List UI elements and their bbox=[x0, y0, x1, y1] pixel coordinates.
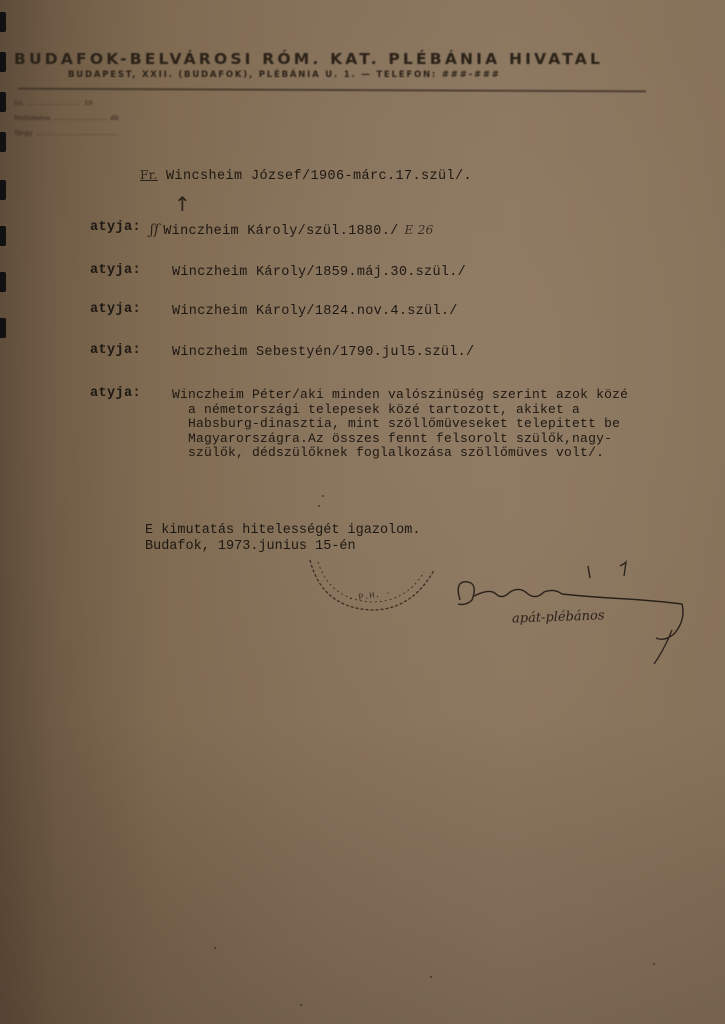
svg-text:· P.H. ·: · P.H. · bbox=[347, 588, 391, 604]
paragraph-line: Habsburg-dinasztia, mint szöllőmüveseket… bbox=[172, 417, 628, 432]
reference-label: Tárgy bbox=[14, 130, 33, 137]
paragraph-line: Winczheim Péter/aki minden valószinüség … bbox=[172, 388, 628, 403]
reference-field: Sz.19 bbox=[14, 100, 121, 115]
lineage-label: atyja: bbox=[90, 263, 141, 278]
lineage-text: Winczheim Sebestyén/1790.jul5.szül./ bbox=[172, 345, 474, 360]
handwritten-mark: ʃſ bbox=[150, 222, 159, 238]
letterhead-title: BUDAFOK-BELVÁROSI RÓM. KAT. PLÉBÁNIA HIV… bbox=[14, 50, 644, 68]
binder-hole bbox=[0, 226, 6, 246]
binder-hole bbox=[0, 92, 6, 112]
binder-holes bbox=[0, 0, 12, 1024]
lineage-label: atyja: bbox=[90, 302, 141, 317]
letterhead-rule bbox=[18, 88, 646, 93]
paragraph-line: szülők, dédszülőknek foglalkozása szöllő… bbox=[172, 446, 628, 461]
paragraph-line: a németországi telepesek közé tartozott,… bbox=[172, 403, 628, 418]
lineage-entry: ʃſWinczheim Károly/szül.1880./E 26 bbox=[150, 222, 434, 239]
reference-label: Mellékelve bbox=[14, 115, 50, 122]
ink-speck bbox=[300, 1004, 302, 1006]
subject-mark: Fr. bbox=[140, 168, 166, 182]
arrow-up-icon: ↑ bbox=[174, 192, 191, 216]
subject-text: Wincsheim József/1906-márc.17.szül/. bbox=[166, 169, 472, 184]
reference-suffix: 19 bbox=[84, 100, 92, 107]
reference-label: Sz. bbox=[14, 100, 24, 107]
ink-speck bbox=[318, 505, 320, 507]
lineage-text: Winczheim Károly/1824.nov.4.szül./ bbox=[172, 304, 458, 319]
ink-speck bbox=[653, 963, 655, 965]
ink-speck bbox=[214, 947, 216, 949]
document-page: BUDAFOK-BELVÁROSI RÓM. KAT. PLÉBÁNIA HIV… bbox=[0, 0, 725, 1024]
binder-hole bbox=[0, 52, 6, 72]
ancestor-paragraph: Winczheim Péter/aki minden valószinüség … bbox=[172, 388, 628, 461]
binder-hole bbox=[0, 272, 6, 292]
certification-statement: E kimutatás hitelességét igazolom. bbox=[145, 523, 420, 539]
ink-speck bbox=[430, 976, 432, 978]
reference-field: Mellékelvedb bbox=[14, 115, 121, 130]
letterhead: BUDAFOK-BELVÁROSI RÓM. KAT. PLÉBÁNIA HIV… bbox=[14, 50, 644, 80]
reference-fields: Sz.19 Mellékelvedb Tárgy bbox=[14, 100, 121, 145]
reference-suffix: db bbox=[110, 115, 119, 122]
subject-line: Fr.Wincsheim József/1906-márc.17.szül/. bbox=[140, 168, 472, 184]
lineage-label: atyja: bbox=[90, 386, 141, 401]
lineage-text: Winczheim Károly/1859.máj.30.szül./ bbox=[172, 265, 466, 280]
handwritten-note: E 26 bbox=[405, 223, 434, 237]
reference-field: Tárgy bbox=[14, 130, 121, 145]
letterhead-address: BUDAPEST, XXII. (BUDAFOK), PLÉBÁNIA U. 1… bbox=[68, 70, 644, 80]
binder-hole bbox=[0, 180, 6, 200]
parish-stamp-icon: · P.H. · bbox=[302, 548, 442, 618]
ink-speck bbox=[322, 495, 324, 497]
binder-hole bbox=[0, 12, 6, 32]
binder-hole bbox=[0, 132, 6, 152]
binder-hole bbox=[0, 318, 6, 338]
lineage-label: atyja: bbox=[90, 220, 141, 235]
lineage-text: Winczheim Károly/szül.1880./ bbox=[163, 224, 398, 239]
lineage-label: atyja: bbox=[90, 343, 141, 358]
paragraph-line: Magyarországra.Az összes fennt felsorolt… bbox=[172, 432, 628, 447]
